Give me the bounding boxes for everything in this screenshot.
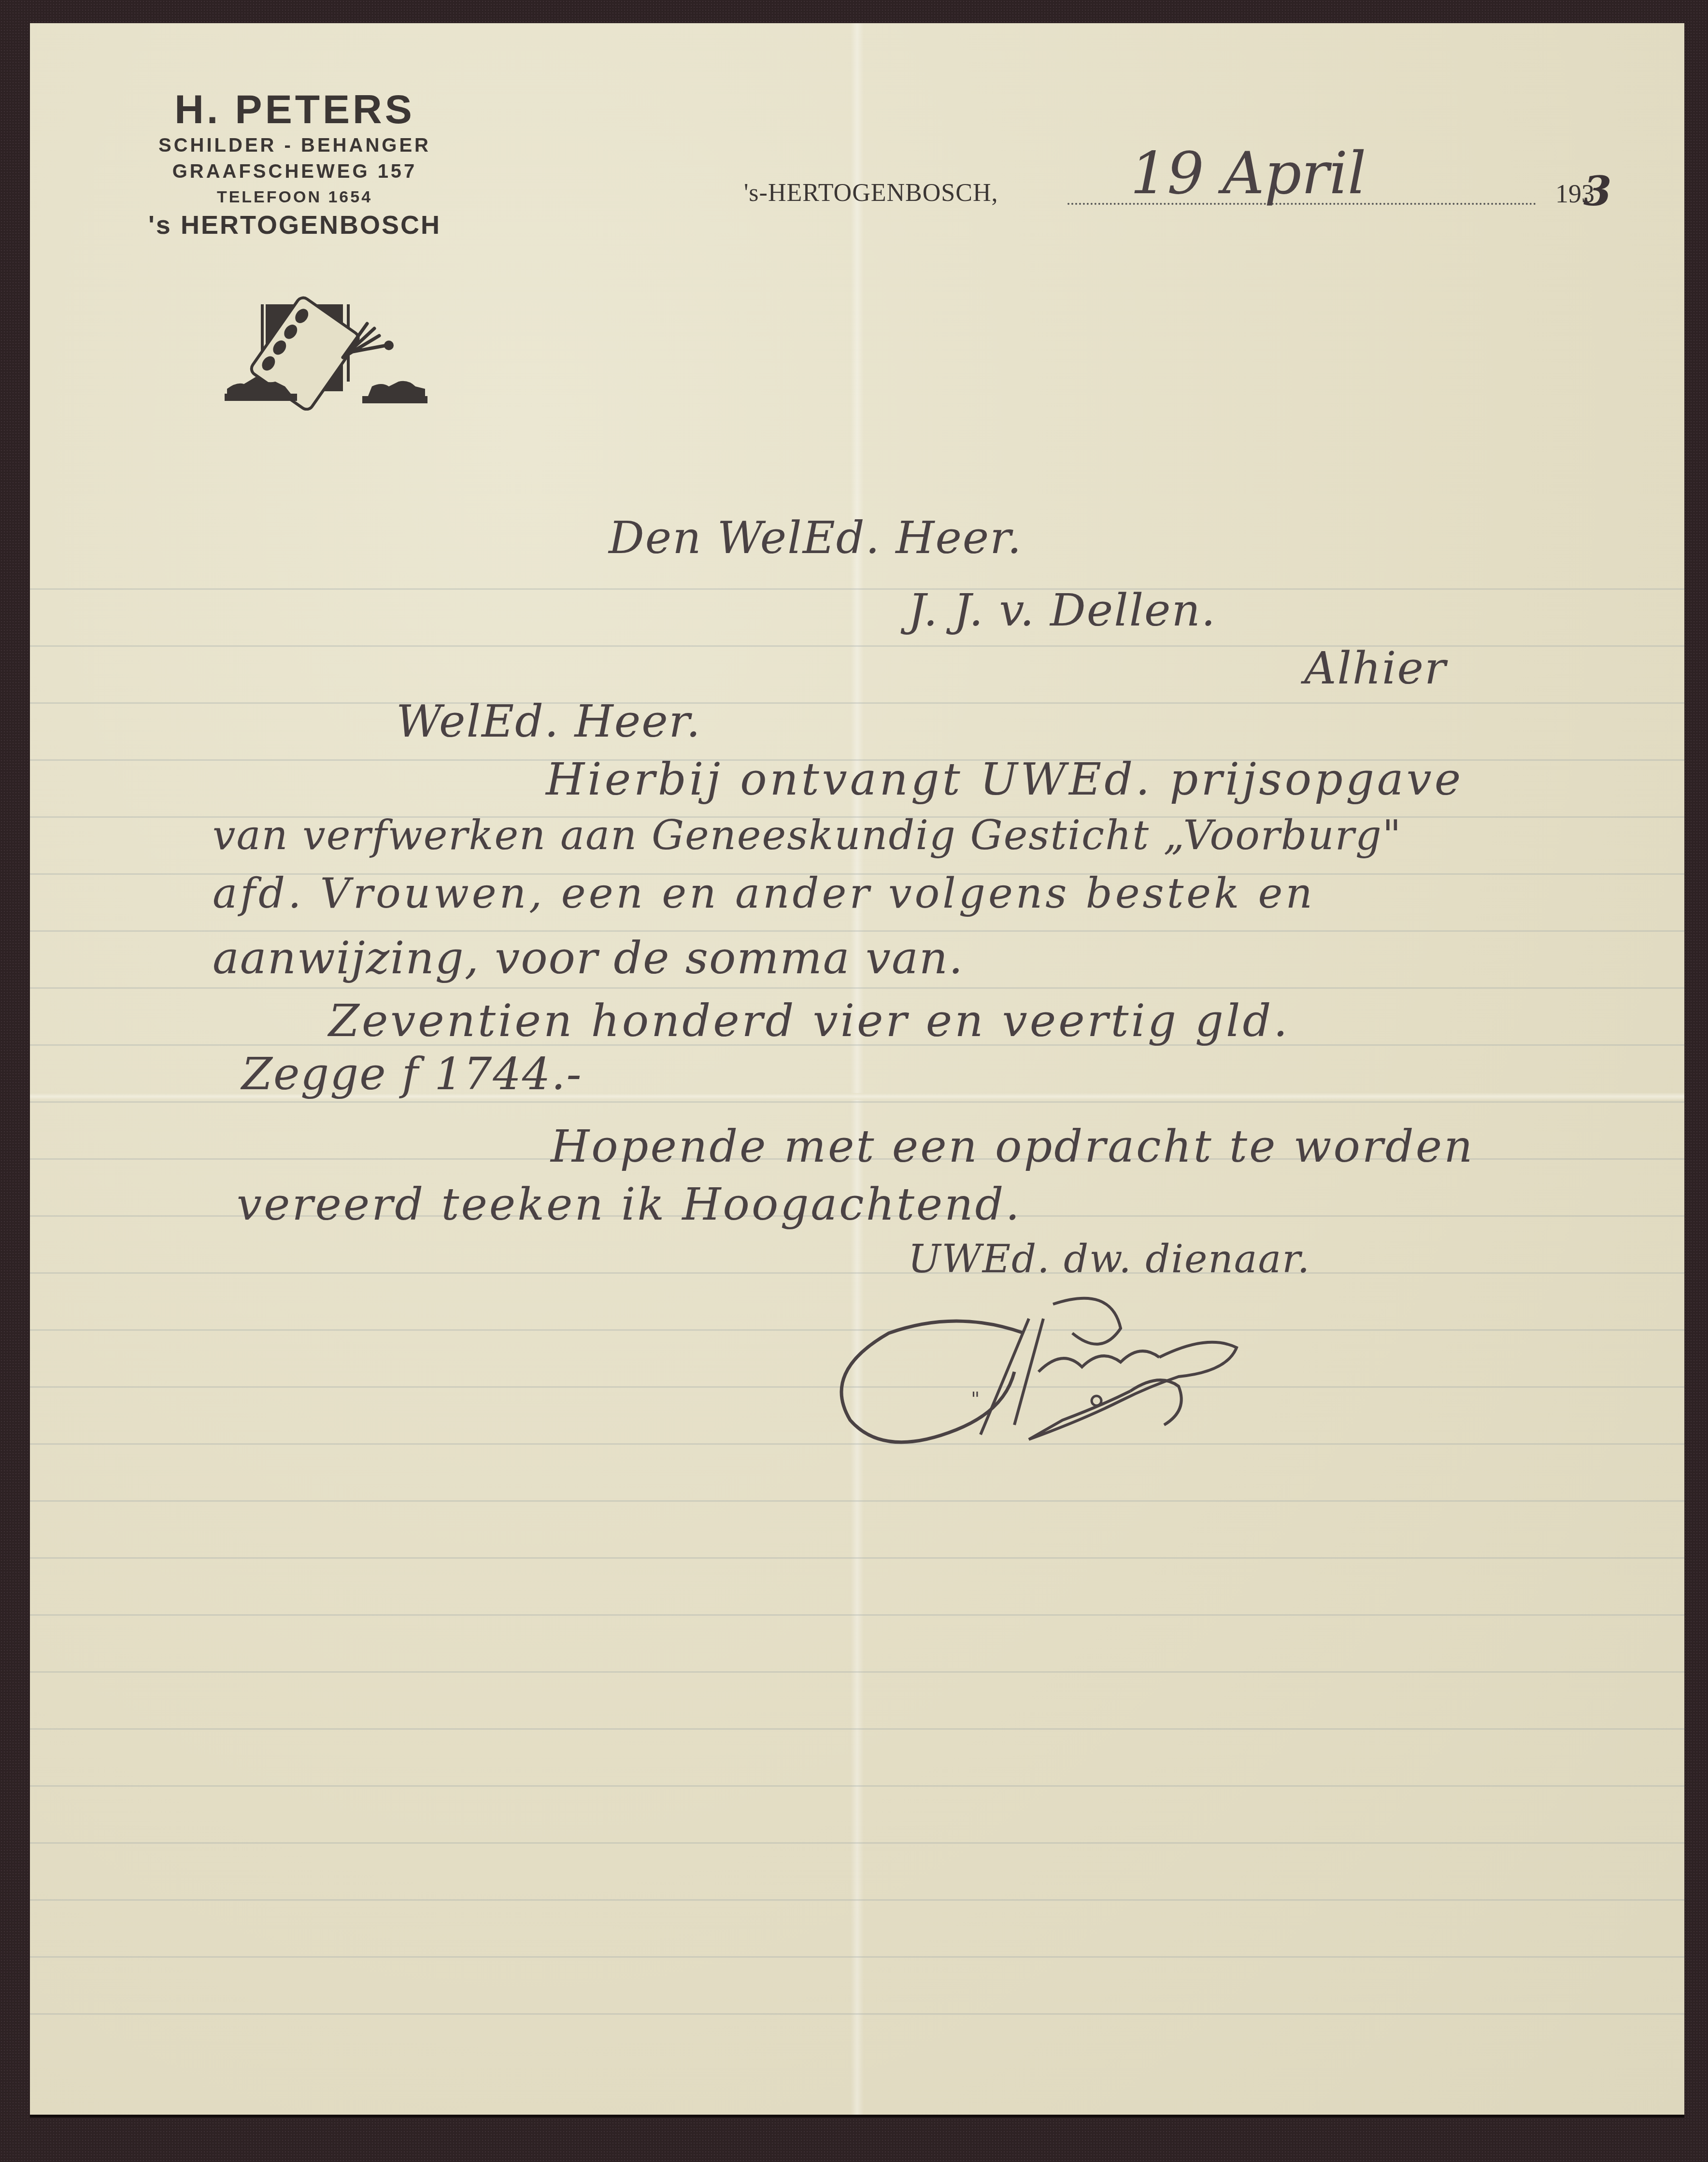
company-trade: SCHILDER - BEHANGER — [121, 132, 469, 158]
body-line-8: vereerd teeken ik Hoogachtend. — [237, 1179, 1022, 1230]
company-city: 's HERTOGENBOSCH — [121, 210, 469, 241]
year-handwritten: 3 — [1583, 167, 1611, 215]
company-address: GRAAFSCHEWEG 157 — [121, 158, 469, 185]
body-greeting: WelEd. Heer. — [396, 696, 701, 747]
handwritten-date: 19 April — [1130, 140, 1366, 207]
body-line-7: Hopende met een opdracht te worden — [551, 1121, 1474, 1172]
body-line-5: Zeventien honderd vier en veertig gld. — [328, 995, 1290, 1047]
signature: " — [811, 1275, 1391, 1449]
body-line-3: afd. Vrouwen, een en ander volgens beste… — [213, 869, 1315, 918]
svg-text:": " — [971, 1388, 980, 1410]
letterhead: H. PETERS SCHILDER - BEHANGER GRAAFSCHEW… — [121, 86, 469, 241]
company-name: H. PETERS — [121, 86, 469, 132]
address-location: Alhier — [1304, 642, 1447, 694]
company-phone: TELEFOON 1654 — [121, 185, 469, 210]
palette-icon — [222, 290, 473, 411]
body-line-2: van verfwerken aan Geneeskundig Gesticht… — [213, 811, 1402, 859]
body-line-1: Hierbij ontvangt UWEd. prijsopgave — [546, 754, 1464, 805]
address-salutation: Den WelEd. Heer. — [609, 512, 1022, 564]
body-line-4: aanwijzing, voor de somma van. — [213, 932, 964, 984]
address-recipient: J. J. v. Dellen. — [908, 584, 1216, 636]
place-label: 's-HERTOGENBOSCH, — [744, 179, 998, 207]
body-line-amount: Zegge f 1744.- — [242, 1048, 583, 1100]
dateline: 's-HERTOGENBOSCH, 19 April 193 3 — [734, 140, 1613, 237]
